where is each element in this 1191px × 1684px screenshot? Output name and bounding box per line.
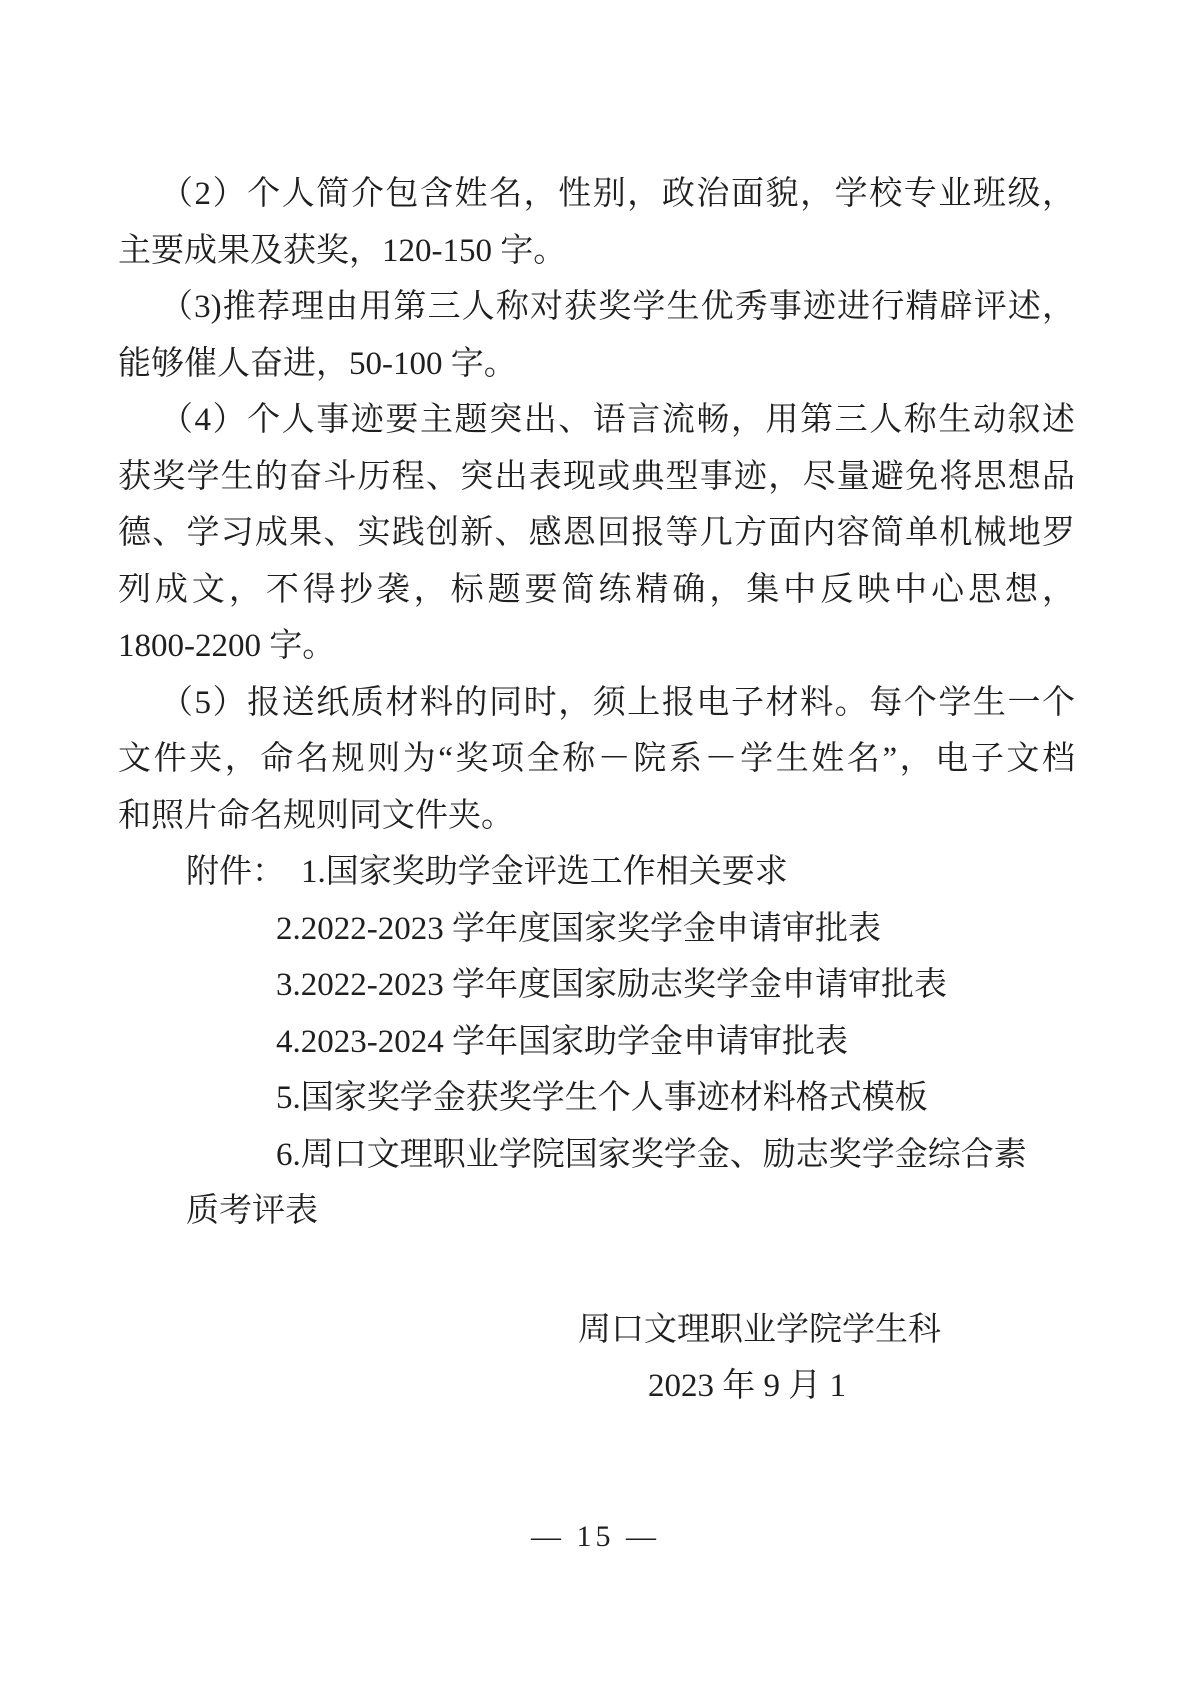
para-4-line-5: 1800-2200 字。 <box>118 618 1075 675</box>
attachment-item-6: 6.周口文理职业学院国家奖学金、励志奖学金综合素 <box>118 1127 1075 1184</box>
document-page: （2）个人简介包含姓名，性别，政治面貌，学校专业班级， 主要成果及获奖，120-… <box>0 0 1191 1684</box>
para-2-line-1: （2）个人简介包含姓名，性别，政治面貌，学校专业班级， <box>118 166 1075 223</box>
para-3-line-1: （3)推荐理由用第三人称对获奖学生优秀事迹进行精辟评述， <box>118 279 1075 336</box>
attachment-item-2: 2.2022-2023 学年度国家奖学金申请审批表 <box>118 901 1075 958</box>
para-4-line-2: 获奖学生的奋斗历程、突出表现或典型事迹，尽量避免将思想品 <box>118 449 1075 506</box>
attachment-item-1: 1.国家奖助学金评选工作相关要求 <box>301 844 788 901</box>
para-5-line-3: 和照片命名规则同文件夹。 <box>118 788 1075 845</box>
page-number: — 15 — <box>0 1516 1191 1558</box>
attachment-item-3: 3.2022-2023 学年度国家励志奖学金申请审批表 <box>118 957 1075 1014</box>
attachment-item-5: 5.国家奖学金获奖学生个人事迹材料格式模板 <box>118 1070 1075 1127</box>
para-2-line-2: 主要成果及获奖，120-150 字。 <box>118 223 1075 280</box>
para-4-line-1: （4）个人事迹要主题突出、语言流畅，用第三人称生动叙述 <box>118 392 1075 449</box>
attachments-label: 附件： <box>186 844 285 901</box>
para-5-line-1: （5）报送纸质材料的同时，须上报电子材料。每个学生一个 <box>118 675 1075 732</box>
para-3-line-2: 能够催人奋进，50-100 字。 <box>118 336 1075 393</box>
para-5-line-2: 文件夹，命名规则为“奖项全称－院系－学生姓名”，电子文档 <box>118 731 1075 788</box>
attachment-item-4: 4.2023-2024 学年国家助学金申请审批表 <box>118 1014 1075 1071</box>
document-body: （2）个人简介包含姓名，性别，政治面貌，学校专业班级， 主要成果及获奖，120-… <box>118 166 1075 1415</box>
attachments-row: 附件： 1.国家奖助学金评选工作相关要求 <box>118 844 1075 901</box>
vertical-spacer <box>118 1240 1075 1302</box>
signature-organization: 周口文理职业学院学生科 <box>578 1302 1075 1359</box>
para-4-line-3: 德、学习成果、实践创新、感恩回报等几方面内容简单机械地罗 <box>118 505 1075 562</box>
signature-date: 2023 年 9 月 1 <box>648 1358 1075 1415</box>
attachment-item-6-continuation: 质考评表 <box>118 1183 1075 1240</box>
para-4-line-4: 列成文，不得抄袭，标题要简练精确，集中反映中心思想， <box>118 562 1075 619</box>
